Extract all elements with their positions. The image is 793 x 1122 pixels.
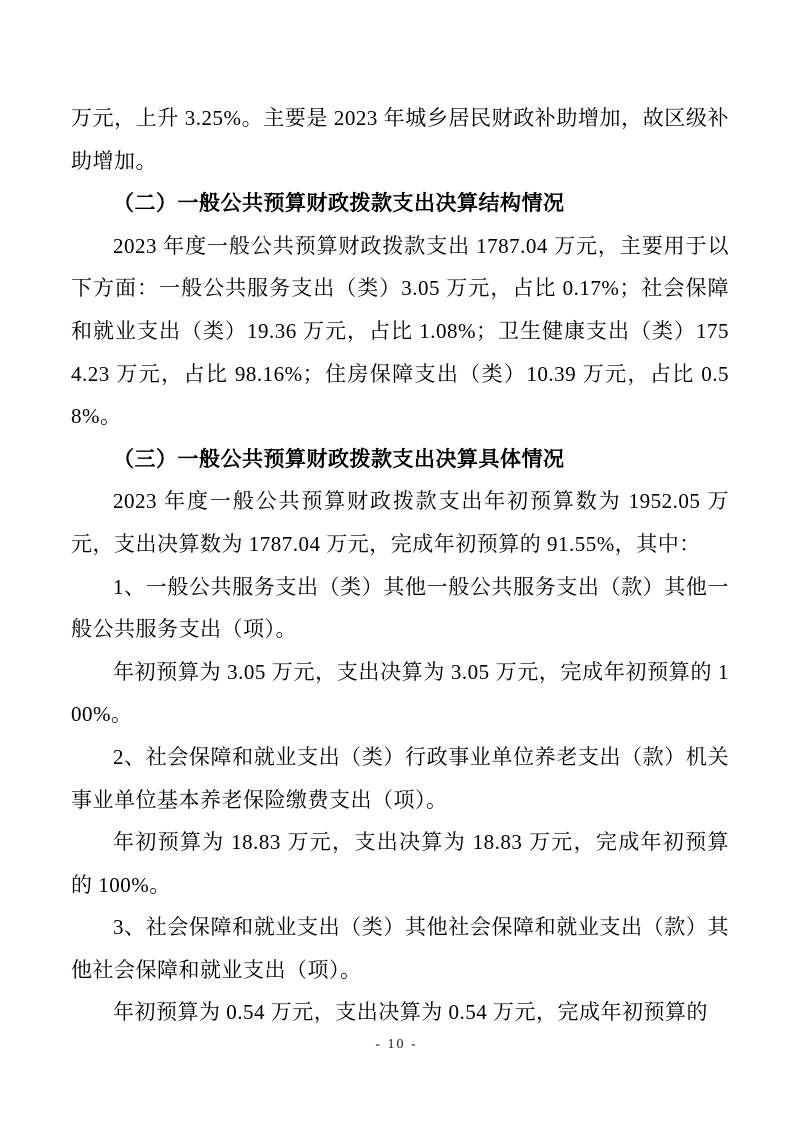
paragraph-item-2-title: 2、社会保障和就业支出（类）行政事业单位养老支出（款）机关事业单位基本养老保险缴… — [71, 736, 729, 821]
paragraph-item-3-figures: 年初预算为 0.54 万元，支出决算为 0.54 万元，完成年初预算的 — [71, 991, 729, 1034]
section-heading-structure: （二）一般公共预算财政拨款支出决算结构情况 — [71, 182, 729, 225]
paragraph-item-3-title: 3、社会保障和就业支出（类）其他社会保障和就业支出（款）其他社会保障和就业支出（… — [71, 906, 729, 991]
paragraph-item-2-figures: 年初预算为 18.83 万元，支出决算为 18.83 万元，完成年初预算的 10… — [71, 821, 729, 906]
document-page: 万元，上升 3.25%。主要是 2023 年城乡居民财政补助增加，故区级补助增加… — [0, 0, 793, 1122]
paragraph-continuation: 万元，上升 3.25%。主要是 2023 年城乡居民财政补助增加，故区级补助增加… — [71, 97, 729, 182]
page-body: 万元，上升 3.25%。主要是 2023 年城乡居民财政补助增加，故区级补助增加… — [71, 97, 729, 1034]
paragraph-item-1-title: 1、一般公共服务支出（类）其他一般公共服务支出（款）其他一般公共服务支出（项）。 — [71, 566, 729, 651]
paragraph-budget-summary: 2023 年度一般公共预算财政拨款支出年初预算数为 1952.05 万元，支出决… — [71, 480, 729, 565]
paragraph-expenditure-structure: 2023 年度一般公共预算财政拨款支出 1787.04 万元，主要用于以下方面：… — [71, 225, 729, 438]
page-number: - 10 - — [0, 1037, 793, 1053]
section-heading-detail: （三）一般公共预算财政拨款支出决算具体情况 — [71, 438, 729, 481]
paragraph-item-1-figures: 年初预算为 3.05 万元，支出决算为 3.05 万元，完成年初预算的 100%… — [71, 651, 729, 736]
